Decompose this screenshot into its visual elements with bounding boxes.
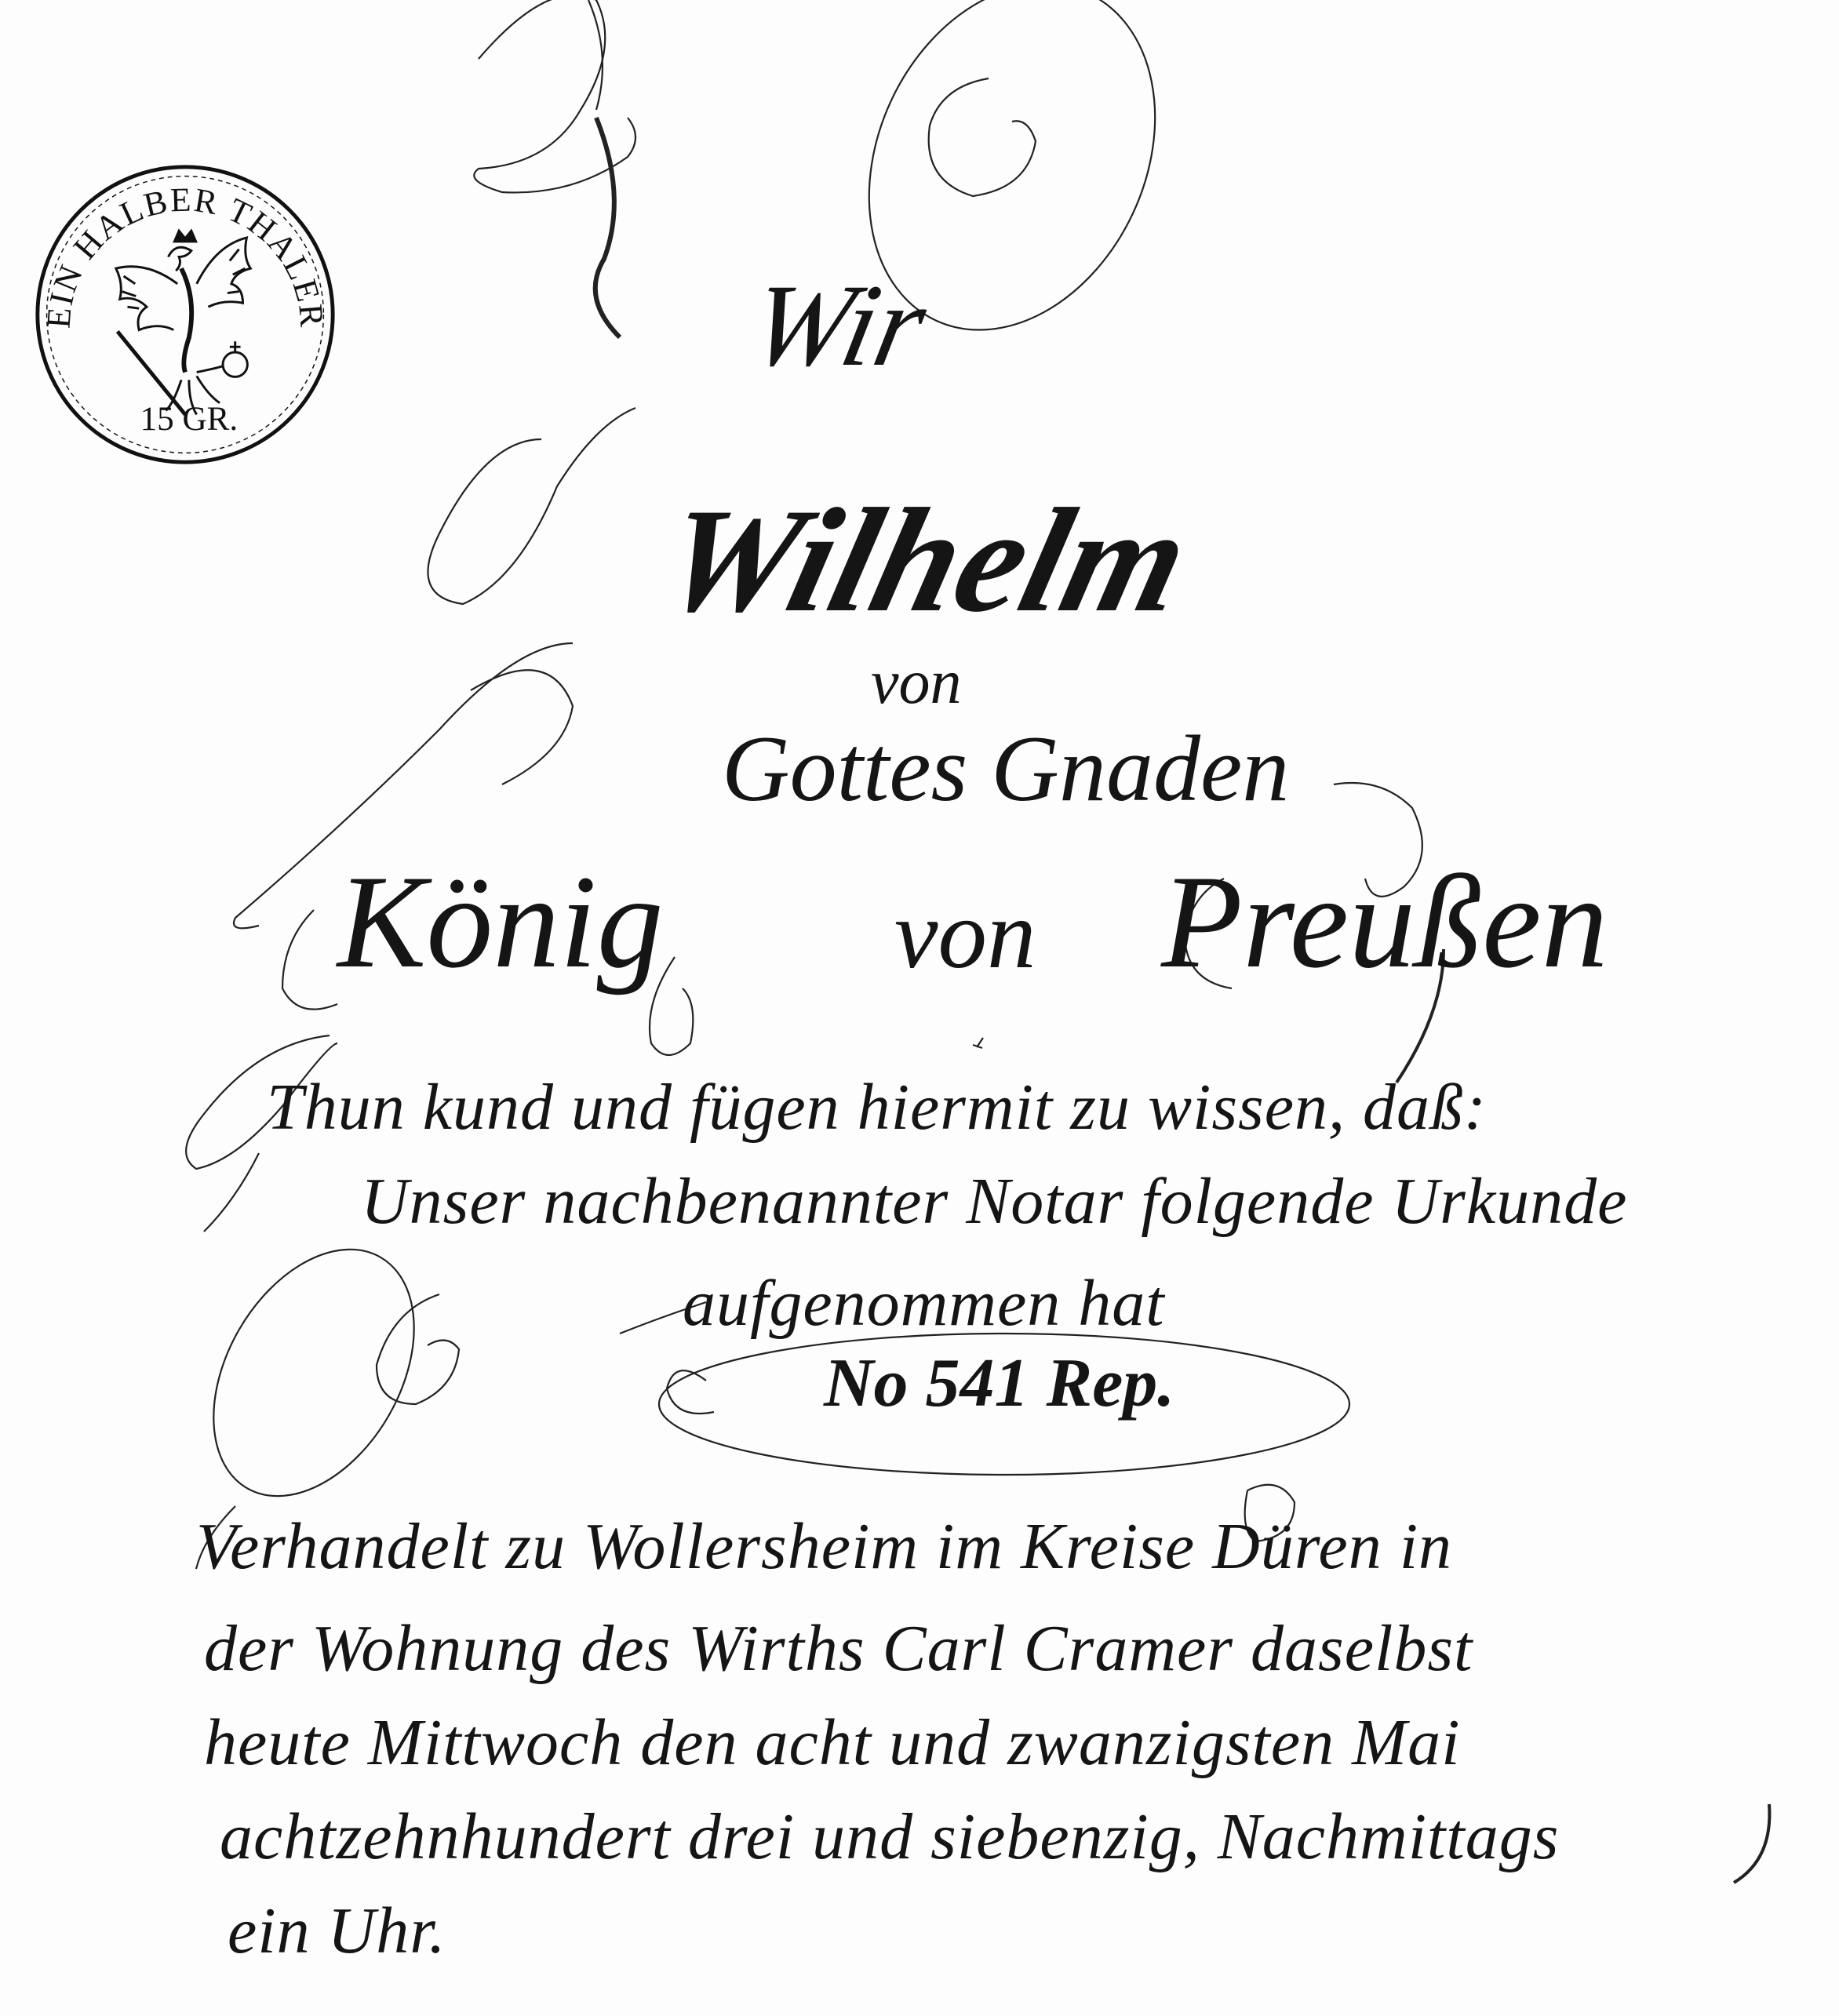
body-line-1: Verhandelt zu Wollersheim im Kreise Düre… bbox=[196, 1514, 1452, 1580]
seal-value-text: 15 GR. bbox=[140, 401, 239, 438]
tax-stamp-seal: EIN HALBER THALER 15 GR. bbox=[31, 161, 339, 468]
preamble-line-3: aufgenommen hat bbox=[683, 1271, 1165, 1337]
heading-gottes-gnaden: Gottes Gnaden bbox=[722, 722, 1289, 816]
eagle-icon bbox=[116, 231, 250, 414]
body-line-2: der Wohnung des Wirths Carl Cramer dasel… bbox=[204, 1616, 1473, 1682]
body-line-5: ein Uhr. bbox=[228, 1898, 446, 1964]
heading-wir: Wir bbox=[741, 267, 936, 384]
preamble-line-1: Thun kund und fügen hiermit zu wissen, d… bbox=[267, 1075, 1487, 1141]
heading-von-2: von bbox=[894, 886, 1036, 984]
heading-von: von bbox=[871, 651, 962, 714]
document-page: EIN HALBER THALER 15 GR. bbox=[0, 0, 1839, 2016]
body-line-3: heute Mittwoch den acht und zwanzigsten … bbox=[204, 1710, 1460, 1776]
heading-konig: König bbox=[337, 855, 664, 988]
preamble-line-2: Unser nachbenannter Notar folgende Urkun… bbox=[361, 1169, 1627, 1235]
heading-preussen: Preußen bbox=[1161, 855, 1608, 988]
body-line-4: achtzehnhundert drei und siebenzig, Nach… bbox=[220, 1804, 1559, 1870]
repertory-number: No 541 Rep. bbox=[824, 1349, 1174, 1418]
heading-king-name: Wilhelm bbox=[648, 486, 1201, 635]
